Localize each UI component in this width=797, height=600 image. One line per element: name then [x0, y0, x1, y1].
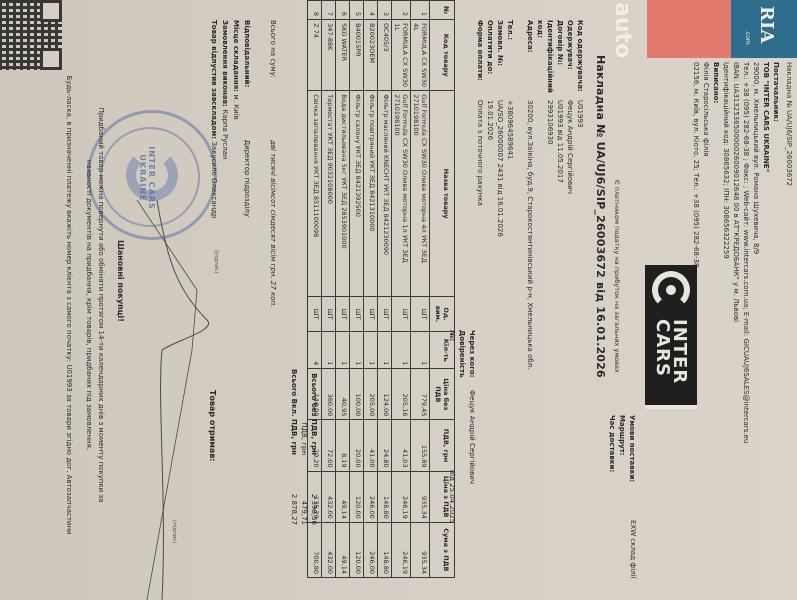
total-vat: 479,71 [299, 455, 309, 525]
table-cell: Фільтр салону УКТ ЗЕД 8421392500 [350, 91, 364, 297]
column-header: Ціна без ПДВ [430, 369, 455, 420]
table-cell: 1 [411, 332, 430, 369]
greeting: Шановні покупці! [116, 240, 125, 322]
column-header: Код товару [430, 20, 455, 91]
table-cell: Фільтр повітряний УКТ ЗЕД 8421310000 [364, 91, 378, 297]
table-row: 7347-88KТермостат УКТ ЗЕД 9032108000ШТ13… [322, 1, 336, 578]
table-cell: 41,03 [392, 420, 411, 471]
table-row: 6SKG WATERВода дистильована 5кг УКТ ЗЕД … [336, 1, 350, 578]
receiver-row: Договір №:U01993 від 11.05.2017 [555, 20, 565, 369]
table-cell: 49,14 [336, 522, 350, 577]
table-cell: 246,19 [392, 471, 411, 522]
receiver-row: Ідентифікаційний код:2993106930 [535, 20, 555, 369]
table-cell: ШТ [350, 297, 364, 332]
table-cell: 100,00 [350, 369, 364, 420]
table-row: 4B20023OEMФільтр повітряний УКТ ЗЕД 8421… [364, 1, 378, 578]
table-cell: 120,00 [350, 471, 364, 522]
invoice-title: Накладна № UA/UJ6/SIP_26003672 від 16.01… [594, 55, 607, 378]
table-cell: Термостат УКТ ЗЕД 9032108000 [322, 91, 336, 297]
table-cell: 700,80 [308, 522, 322, 577]
total-net: 2 398,56 [309, 455, 319, 525]
table-cell: ШТ [364, 297, 378, 332]
delivery-conditions: Умови поставки: Маршрут: Час доставки: [607, 415, 637, 482]
handwritten-signature [117, 200, 237, 600]
return-policy-text: Придбаний товар можна повернути або обмі… [63, 20, 107, 590]
table-cell: 4 [364, 1, 378, 20]
table-cell: ШТ [336, 297, 350, 332]
seller-address: 29000, м. Хмельницький вул. Романа Шухев… [751, 62, 761, 562]
table-cell: 360,00 [322, 369, 336, 420]
table-cell: 49,14 [336, 471, 350, 522]
received-label: Товар отримав: [208, 390, 217, 462]
auto-logo-text: auto [610, 2, 635, 58]
seller-contacts: Тел.: +38 (095) 282-68-38 ; Факс: ; Web-… [741, 62, 751, 562]
signatures-block: Відповідальний: Директор підрозділу Місц… [208, 20, 252, 218]
column-header: № [430, 1, 455, 20]
seller-name: ТОВ "INTER CARS UKRAINE" [761, 62, 771, 562]
table-row: 1FORMULA CX SW30 4LGulf Formula CX SW30 … [411, 1, 430, 578]
receiver-block: Код одержувача:U01993Одержувач:Фецук Анд… [475, 20, 585, 369]
table-cell: 1 [350, 332, 364, 369]
table-cell: Gulf Formula CX SW30 Олива моторна 1л УК… [392, 91, 411, 297]
table-cell: 1 [392, 332, 411, 369]
column-header: ПДВ, грн [430, 420, 455, 471]
table-cell: FORMULA CX SW30 1L [392, 20, 411, 91]
table-cell: 935,34 [411, 471, 430, 522]
receiver-row: Замовл. №:UA/SO_26000007 2431 від 16.01.… [495, 20, 505, 369]
table-cell: 20,00 [350, 420, 364, 471]
sum-in-words: Всього на суму:дві тисячі вісімсот сімде… [269, 20, 277, 307]
invoice-ref-line: Накладна № UA/UJ6/SIP_26003672 [785, 62, 793, 186]
table-cell: Свічка запалювання УКТ ЗЕД 8511100098 [308, 91, 322, 297]
autoria-watermark: RIA.com auto [647, 0, 797, 58]
table-cell: 1 [364, 332, 378, 369]
table-cell: B20023OEM [364, 20, 378, 91]
column-header: Од. вим. [430, 297, 455, 332]
inter-cars-emblem-icon [652, 271, 690, 309]
table-cell: 779,45 [411, 369, 430, 420]
table-cell: FORMULA CX SW30 4L [411, 20, 430, 91]
seller-bank: IBAN: UA313253650000026009012648 00 в АТ… [731, 62, 741, 562]
table-cell: 155,89 [411, 420, 430, 471]
table-row: 5B40015PRФільтр салону УКТ ЗЕД 842139250… [350, 1, 364, 578]
seller-block: Постачальник: ТОВ "INTER CARS UKRAINE" 2… [691, 62, 781, 562]
table-cell: 1 [378, 332, 392, 369]
table-cell: Z 74 [308, 20, 322, 91]
table-cell: Фільтр масляний KNECHT УКТ ЗЕД 842123009… [378, 91, 392, 297]
table-cell: 246,00 [364, 522, 378, 577]
signature-hint: (підпис) [213, 250, 219, 273]
column-header: Сума з ПДВ [430, 522, 455, 577]
receiver-row: Код одержувача:U01993 [575, 20, 585, 369]
table-cell: 935,34 [411, 522, 430, 577]
table-cell: ШТ [392, 297, 411, 332]
column-header: Ціна з ПДВ [430, 471, 455, 522]
table-cell: SKG WATER [336, 20, 350, 91]
table-cell: 120,00 [350, 522, 364, 577]
column-header: Кіл-ть [430, 332, 455, 369]
table-cell: 8,19 [336, 420, 350, 471]
table-cell: 205,16 [392, 369, 411, 420]
ria-logo-text: RIA [756, 6, 777, 43]
table-cell: 1 [336, 332, 350, 369]
payment-instruction: Будь-ласка, в призначенні платежу вкажіт… [63, 20, 75, 590]
receiver-row: Адреса:30200, вул.Заікіна, буд.9, Старок… [525, 20, 535, 369]
total-gross: 2 878,27 [289, 455, 299, 525]
table-cell: 246,00 [364, 471, 378, 522]
table-cell: Вода дистильована 5кг УКТ ЗЕД 2853901000 [336, 91, 350, 297]
table-cell: 1 [411, 1, 430, 20]
receiver-row: Тел.:+380964589641 [505, 20, 515, 369]
table-row: 3OC405/3Фільтр масляний KNECHT УКТ ЗЕД 8… [378, 1, 392, 578]
table-cell: 148,80 [378, 522, 392, 577]
delivery-terms-value: EXW склад філії [629, 520, 637, 579]
table-cell: 432,00 [322, 471, 336, 522]
through-value: Фецук Андрій Сергійович [468, 390, 476, 484]
table-cell: 5 [350, 1, 364, 20]
table-cell: ШТ [378, 297, 392, 332]
table-cell: 347-88K [322, 20, 336, 91]
receiver-row: Одержувач:Фецук Андрій Сергійович [565, 20, 575, 369]
table-cell: 2 [392, 1, 411, 20]
table-cell: 246,19 [392, 522, 411, 577]
invoice-page: RIA.com auto Накладна № UA/UJ6/SIP_26003… [0, 0, 797, 600]
table-cell: 24,80 [378, 420, 392, 471]
table-cell: 3 [378, 1, 392, 20]
table-cell: 148,80 [378, 471, 392, 522]
receiver-row: Оплатити до:19.01.2026 [485, 20, 495, 369]
table-cell: ШТ [322, 297, 336, 332]
table-cell: 205,00 [364, 369, 378, 420]
table-cell: ШТ [411, 297, 430, 332]
table-cell: 72,00 [322, 420, 336, 471]
column-header: Назва товару [430, 91, 455, 297]
table-cell: 8 [308, 1, 322, 20]
table-cell: 40,95 [336, 369, 350, 420]
table-row: 2FORMULA CX SW30 1LGulf Formula CX SW30 … [392, 1, 411, 578]
seller-branch: Філія Старосільська філія [701, 62, 711, 562]
table-cell: Gulf Formula CX SW30 Олива моторна 4л УК… [411, 91, 430, 297]
inter-cars-logo: INTERCARS [645, 265, 697, 409]
table-cell: 1 [322, 332, 336, 369]
table-cell: 124,00 [378, 369, 392, 420]
seller-ids: Ідентифікаційний код: 30865632; ІПН: 308… [721, 62, 731, 562]
qr-code [0, 0, 62, 70]
table-cell: ШТ [308, 297, 322, 332]
table-cell: 7 [322, 1, 336, 20]
items-table: №Код товаруНазва товаруОд. вим.Кіл-тьЦін… [307, 0, 455, 578]
tax-note: Є платником податку на прибуток на загал… [613, 180, 621, 373]
receiver-row: Форма оплати:Оплата з поточного рахунка [475, 20, 485, 369]
received-signature-hint: (підпис) [171, 520, 177, 543]
table-cell: 41,00 [364, 420, 378, 471]
table-cell: 6 [336, 1, 350, 20]
table-cell: B40015PR [350, 20, 364, 91]
table-cell: OC405/3 [378, 20, 392, 91]
totals-block: Всього без ПДВ, грн2 398,56 ПДВ, грн479,… [289, 360, 319, 525]
table-cell: 432,00 [322, 522, 336, 577]
